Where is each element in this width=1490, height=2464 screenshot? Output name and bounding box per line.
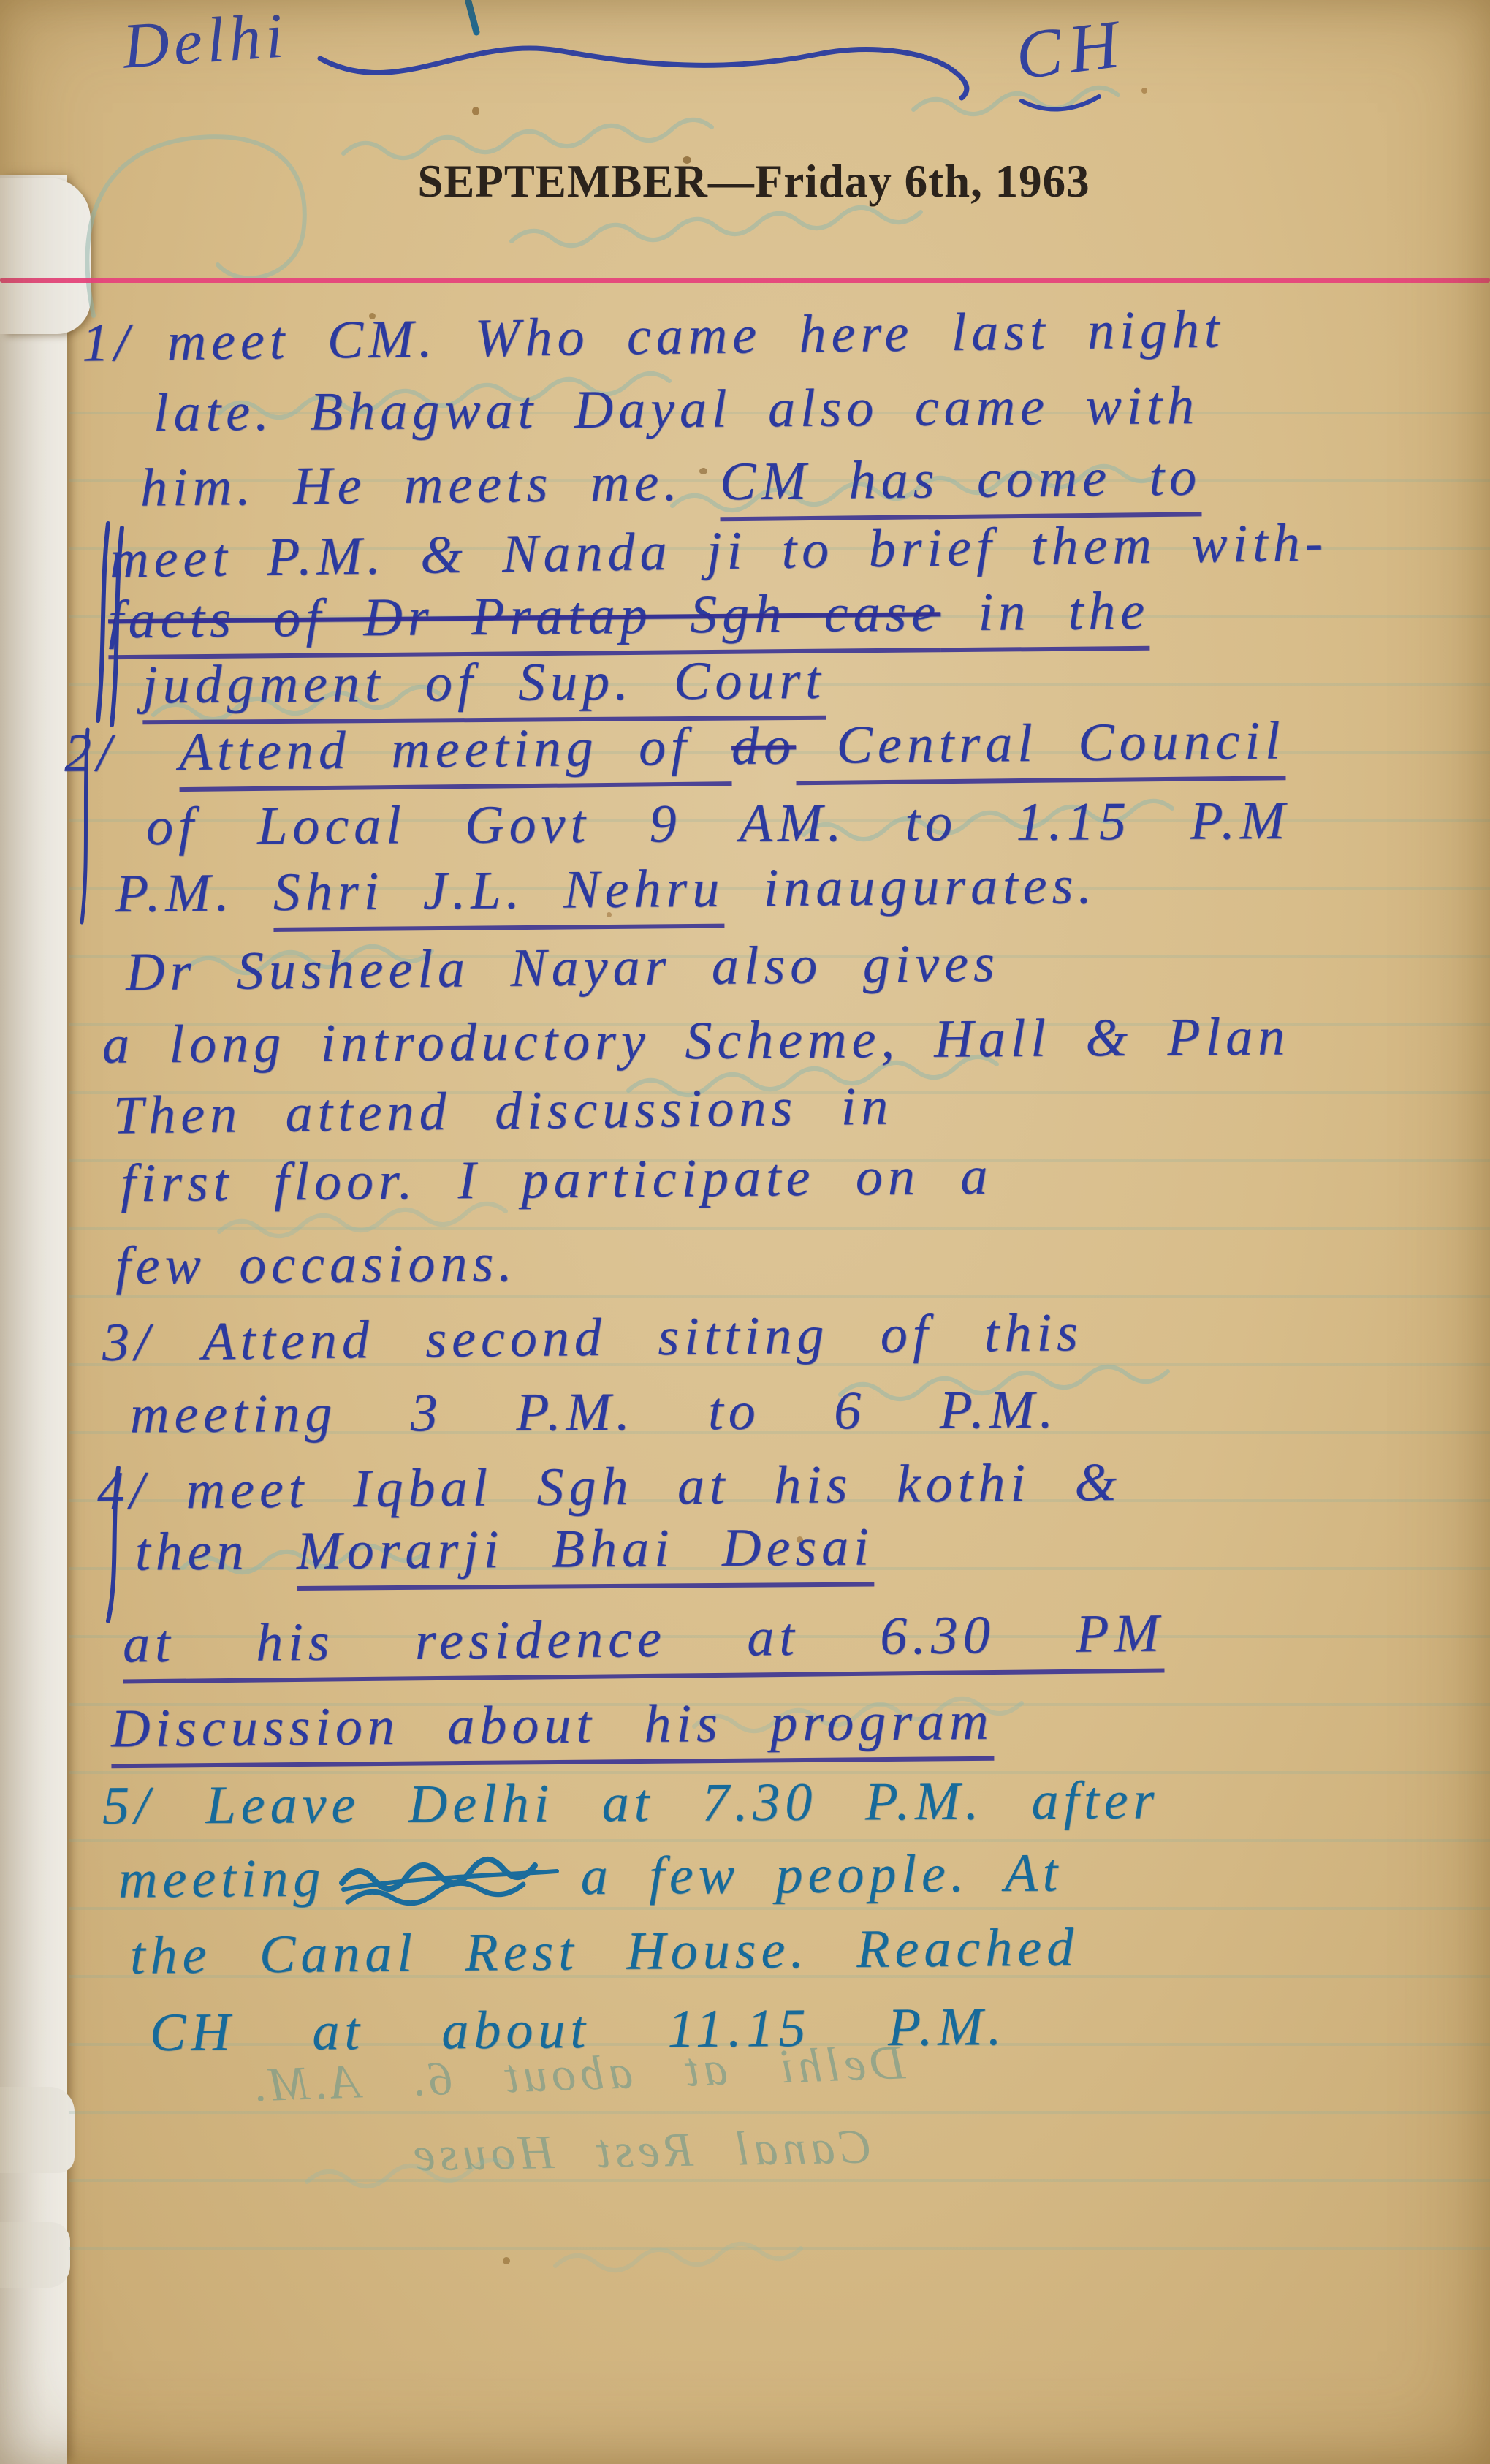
diary-line-7: 2/Attend meeting of do Central Council bbox=[64, 710, 1285, 785]
diary-text: then bbox=[135, 1521, 297, 1582]
diary-text-underlined: Attend meeting of bbox=[178, 716, 731, 792]
destination-annotation: CH bbox=[1011, 4, 1130, 96]
diary-text: Leave Delhi at 7.30 P.M. after bbox=[205, 1770, 1159, 1835]
diary-text-underlined: CM has come to bbox=[720, 447, 1202, 521]
diary-line-14: few occasions. bbox=[115, 1232, 517, 1297]
diary-line-6: judgment of Sup. Court bbox=[142, 650, 826, 717]
entry-number: 5/ bbox=[102, 1775, 155, 1837]
diary-text: late. Bhagwat Dayal also came with bbox=[153, 376, 1199, 443]
diary-text: Attend second sitting of this bbox=[202, 1303, 1083, 1372]
diary-text-underlined: Shri J.L. Nehru bbox=[273, 859, 724, 932]
diary-text: him. He meets me. bbox=[140, 452, 721, 518]
pink-margin-rule bbox=[0, 278, 1490, 283]
delhi-to-ch-swoosh bbox=[320, 48, 967, 98]
torn-edge bbox=[0, 2087, 75, 2173]
diary-text: meeting 3 P.M. to 6 P.M. bbox=[130, 1380, 1058, 1445]
bleedthrough-text: Canal Rest House bbox=[408, 2119, 872, 2183]
diary-line-16: meeting 3 P.M. to 6 P.M. bbox=[130, 1379, 1058, 1447]
diary-line-13: first floor. I participate on a bbox=[121, 1145, 993, 1216]
diary-text: meet CM. Who came here last night bbox=[167, 299, 1225, 372]
entry-number: 1/ bbox=[82, 312, 135, 375]
diary-line-20: Discussion about his program bbox=[111, 1691, 994, 1761]
diary-line-15: 3/Attend second sitting of this bbox=[102, 1302, 1084, 1374]
entry-number: 4/ bbox=[97, 1460, 150, 1523]
diary-text-underlined: Central Council bbox=[796, 710, 1285, 785]
age-speck bbox=[683, 156, 691, 164]
diary-page-scan: SEPTEMBER—Friday 6th, 1963 Delhi CH 1/me… bbox=[0, 0, 1490, 2464]
diary-line-2: late. Bhagwat Dayal also came with bbox=[153, 375, 1199, 444]
age-speck bbox=[369, 313, 376, 319]
age-speck bbox=[472, 107, 479, 115]
diary-text: first floor. I participate on a bbox=[121, 1146, 993, 1213]
diary-text: meet Iqbal Sgh at his kothi & bbox=[186, 1452, 1122, 1520]
diary-text-underlined: Discussion about his program bbox=[111, 1691, 994, 1769]
printed-date-header: SEPTEMBER—Friday 6th, 1963 bbox=[0, 155, 1490, 208]
diary-text-struck: facts of Dr Pratap Sgh case bbox=[108, 583, 941, 659]
diary-line-12: Then attend discussions in bbox=[113, 1075, 894, 1147]
diary-text: of Local Govt 9 AM. to 1.15 P.M bbox=[146, 791, 1291, 857]
ch-underline bbox=[1022, 96, 1099, 109]
diary-text: a long introductory Scheme, Hall & Plan bbox=[102, 1007, 1291, 1074]
diary-line-19: at his residence at 6.30 PM bbox=[123, 1603, 1165, 1676]
diary-text: Then attend discussions in bbox=[113, 1076, 894, 1145]
diary-text-underlined: judgment of Sup. Court bbox=[142, 651, 826, 725]
diary-line-17: 4/meet Iqbal Sgh at his kothi & bbox=[97, 1452, 1122, 1523]
diary-line-24: CH at about 11.15 P.M. bbox=[150, 1996, 1007, 2064]
diary-text: inaugurates. bbox=[724, 855, 1097, 918]
diary-line-5: facts of Dr Pratap Sgh case in the bbox=[108, 580, 1150, 652]
age-speck bbox=[1141, 88, 1147, 94]
location-annotation: Delhi bbox=[121, 0, 290, 84]
age-speck bbox=[607, 912, 612, 917]
diary-text: Dr Susheela Nayar also gives bbox=[126, 933, 1000, 1003]
diary-text-underlined: Morarji Bhai Desai bbox=[297, 1517, 874, 1591]
diary-text: few occasions. bbox=[115, 1233, 517, 1296]
diary-text-struck: do bbox=[731, 716, 797, 776]
age-speck bbox=[797, 1536, 803, 1543]
diary-line-3: him. He meets me. CM has come to bbox=[140, 446, 1202, 519]
diary-line-8: of Local Govt 9 AM. to 1.15 P.M bbox=[146, 790, 1291, 858]
diary-line-21: 5/Leave Delhi at 7.30 P.M. after bbox=[102, 1770, 1160, 1838]
diary-text: a few people. At bbox=[580, 1843, 1063, 1906]
teal-tick bbox=[468, 1, 476, 32]
entry-number: 3/ bbox=[102, 1311, 155, 1374]
age-speck bbox=[699, 468, 707, 474]
diary-text: the Canal Rest House. Reached bbox=[130, 1917, 1079, 1985]
scribbled-word-space bbox=[362, 1894, 581, 1895]
diary-line-10: Dr Susheela Nayar also gives bbox=[126, 933, 1000, 1004]
diary-text: CH at about 11.15 P.M. bbox=[150, 1997, 1007, 2063]
diary-text: meeting bbox=[118, 1848, 362, 1909]
diary-text-underlined: at his residence at 6.30 PM bbox=[123, 1604, 1165, 1684]
diary-text-underlined: in the bbox=[940, 581, 1150, 652]
torn-edge bbox=[0, 2222, 70, 2288]
diary-line-23: the Canal Rest House. Reached bbox=[130, 1917, 1079, 1987]
diary-line-18: then Morarji Bhai Desai bbox=[135, 1516, 874, 1583]
entry-number: 2/ bbox=[64, 722, 117, 785]
diary-line-22: meeting a few people. At bbox=[118, 1842, 1063, 1911]
diary-text: P.M. bbox=[115, 863, 274, 924]
age-speck bbox=[503, 2257, 510, 2264]
diary-line-11: a long introductory Scheme, Hall & Plan bbox=[102, 1006, 1291, 1076]
